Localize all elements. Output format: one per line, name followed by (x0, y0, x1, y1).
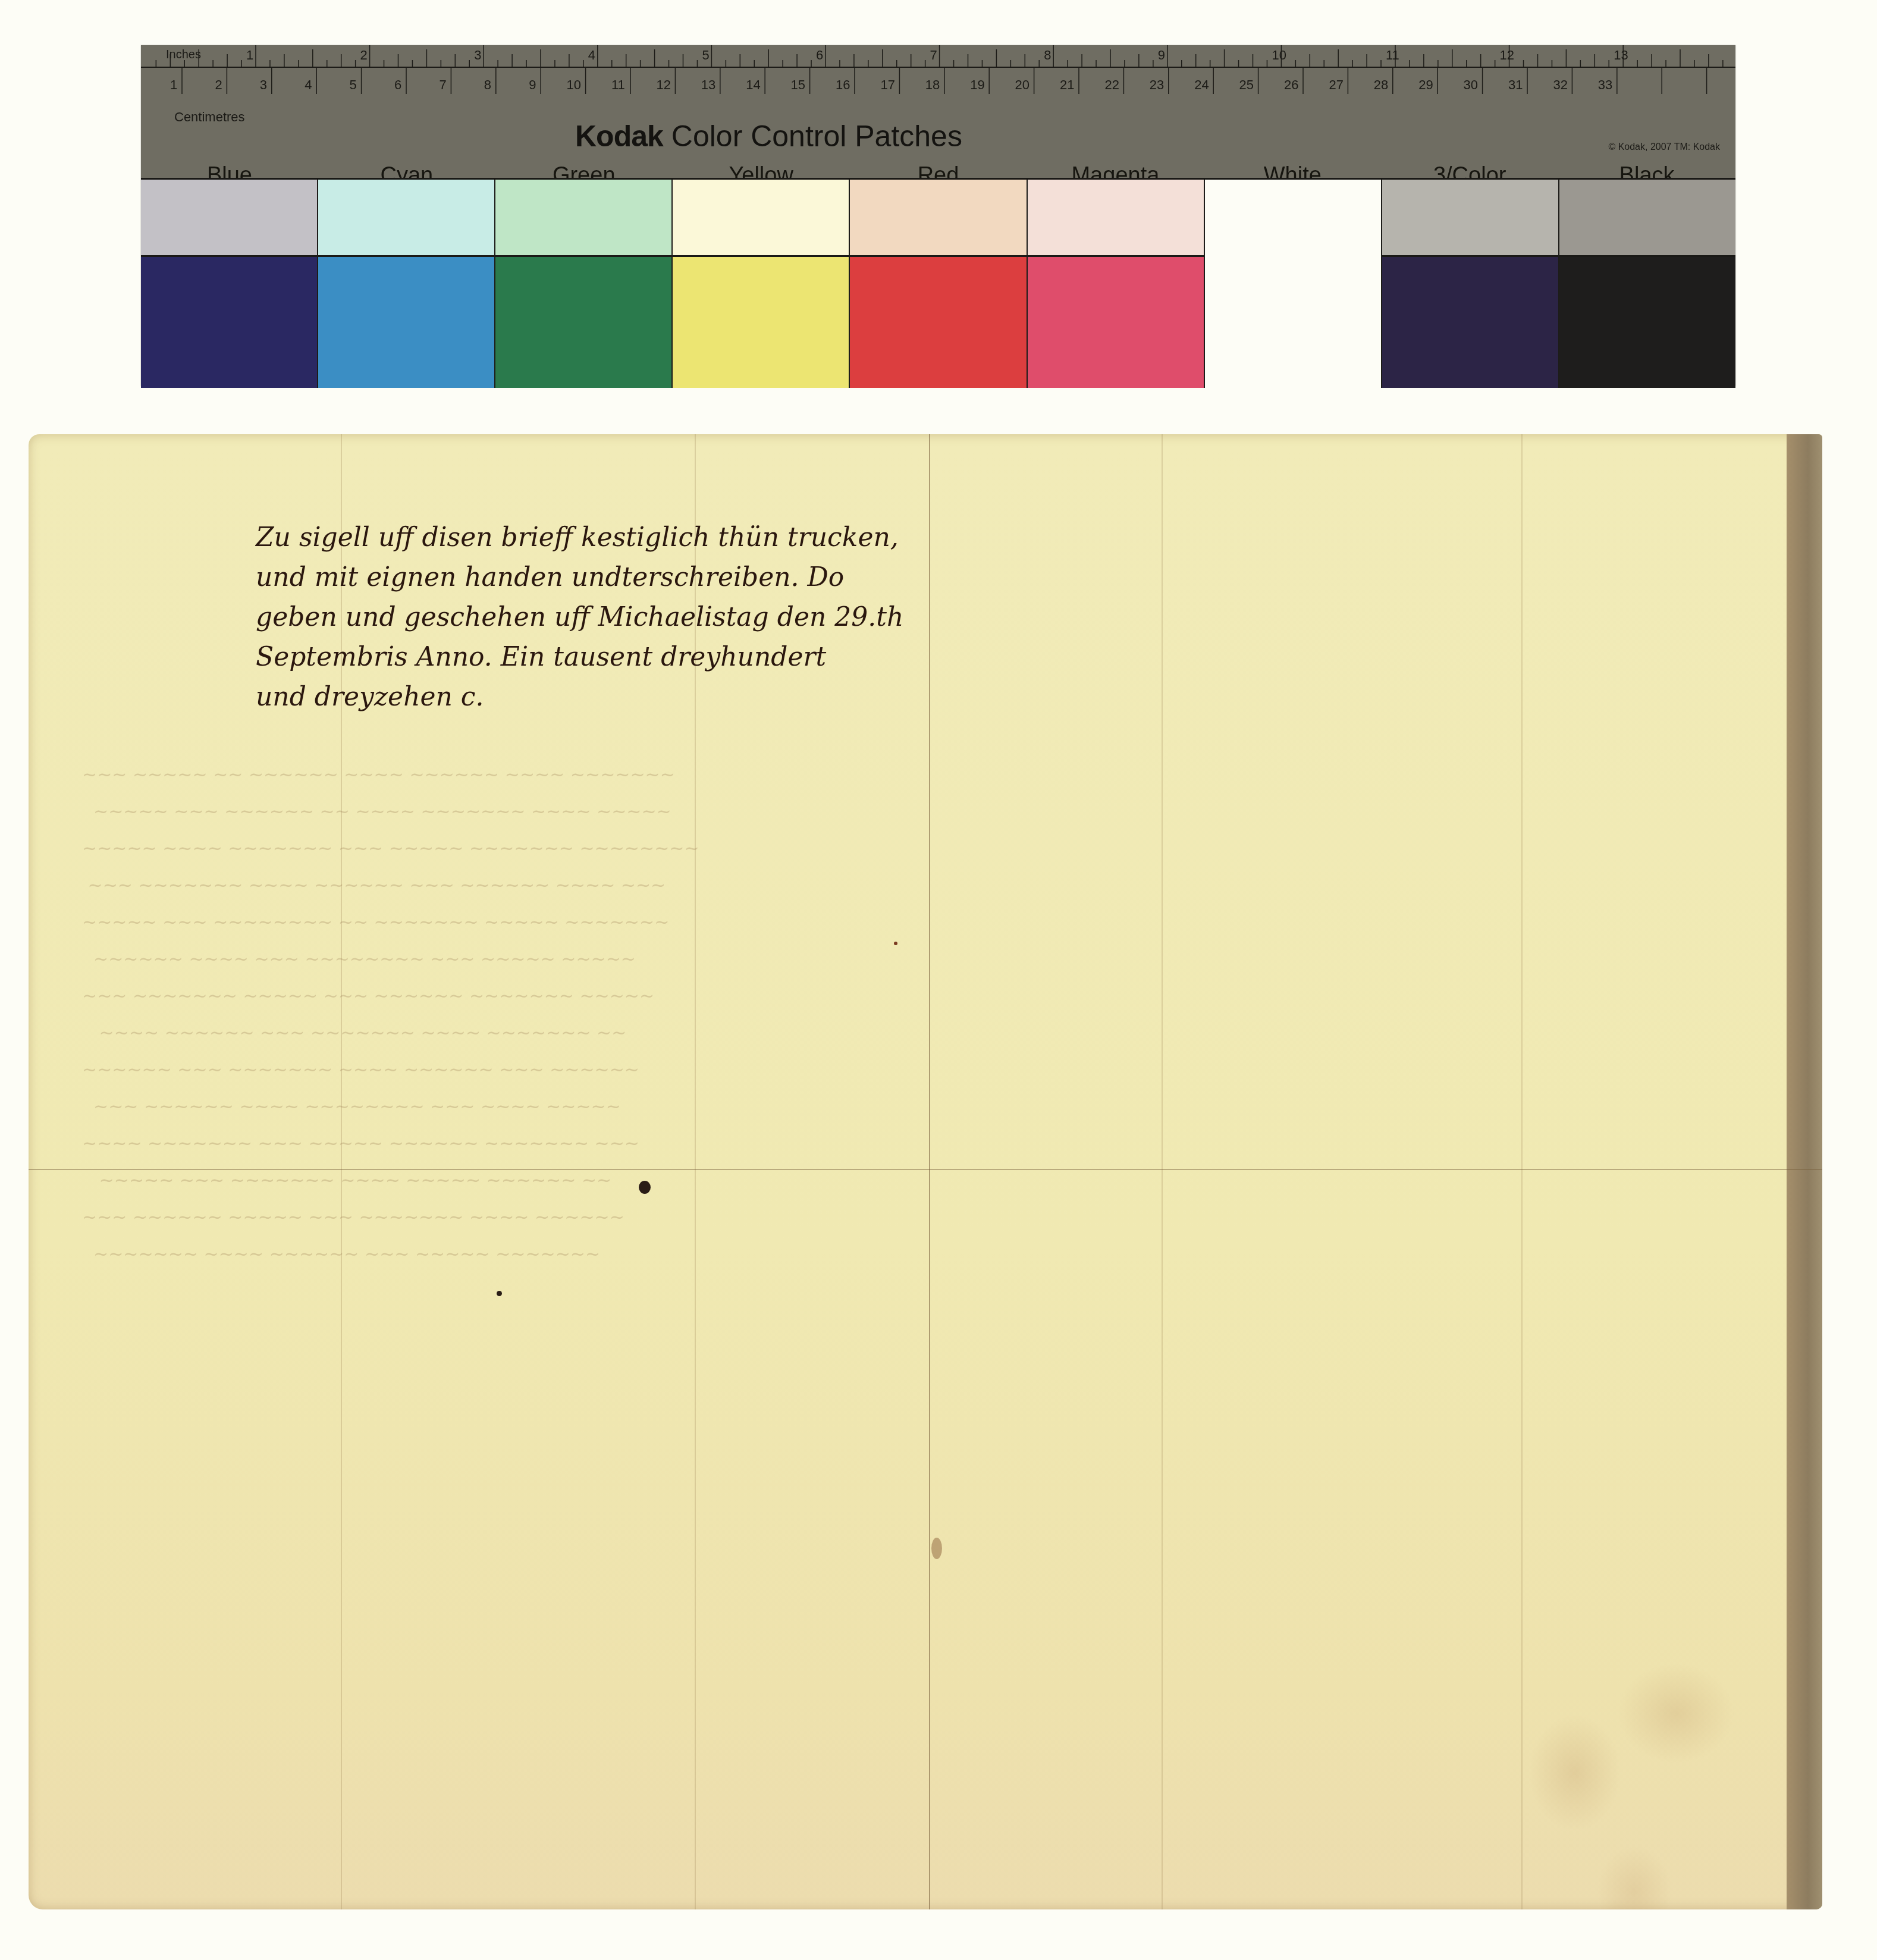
cm-number: 21 (1060, 79, 1074, 92)
patch-yellow-light (673, 180, 849, 257)
cm-number: 23 (1150, 79, 1164, 92)
patch-column-magenta (1028, 180, 1205, 388)
handwriting-line: und dreyzehen c. (256, 677, 903, 717)
patch-blue-dark (141, 257, 317, 388)
ink-spot (497, 1291, 502, 1296)
patch-white-dark (1205, 255, 1381, 388)
patch-column-red (850, 180, 1027, 388)
inch-number: 1 (246, 49, 253, 62)
handwritten-text: Zu sigell uff disen brieff kestiglich th… (256, 518, 903, 717)
kodak-color-target: Inches 12345678910111213 123456789101112… (141, 45, 1735, 386)
target-title: KodakColor Control Patches (575, 119, 962, 153)
cm-number: 30 (1464, 79, 1478, 92)
inch-number: 2 (360, 49, 368, 62)
patch-cyan-dark (318, 257, 494, 388)
handwriting-line: Zu sigell uff disen brieff kestiglich th… (256, 518, 903, 557)
centimetres-label: Centimetres (174, 109, 245, 125)
patch-white-light (1205, 180, 1381, 255)
inch-number: 6 (816, 49, 823, 62)
cm-number: 24 (1194, 79, 1209, 92)
ink-speck (894, 942, 897, 945)
title-text: Color Control Patches (671, 120, 962, 153)
cm-number: 17 (880, 79, 894, 92)
patch-magenta-light (1028, 180, 1204, 257)
inch-number: 5 (702, 49, 709, 62)
cm-number: 22 (1104, 79, 1119, 92)
inch-number: 12 (1500, 49, 1514, 62)
patch-column-cyan (318, 180, 495, 388)
cm-number: 25 (1239, 79, 1254, 92)
patch-red-dark (850, 257, 1026, 388)
cm-number: 4 (305, 79, 312, 92)
cm-number: 9 (529, 79, 536, 92)
cm-number: 7 (439, 79, 446, 92)
inch-number: 13 (1614, 49, 1628, 62)
patch-cyan-light (318, 180, 494, 257)
cm-number: 14 (746, 79, 760, 92)
cm-number: 11 (611, 79, 625, 92)
cm-number: 27 (1329, 79, 1343, 92)
color-patches (141, 178, 1735, 388)
cm-number: 31 (1508, 79, 1523, 92)
inches-label: Inches (166, 49, 201, 61)
copyright-text: © Kodak, 2007 TM: Kodak (1608, 142, 1720, 153)
cm-number: 15 (791, 79, 805, 92)
cm-number: 12 (656, 79, 670, 92)
inch-number: 11 (1386, 49, 1399, 62)
patch-yellow-dark (673, 257, 849, 388)
cm-number: 6 (394, 79, 401, 92)
ink-blot (639, 1181, 651, 1194)
patch-column-green (495, 180, 673, 388)
kodak-logo: Kodak (575, 120, 663, 153)
patch-blue-light (141, 180, 317, 257)
cm-number: 26 (1284, 79, 1298, 92)
ruler: Inches 12345678910111213 123456789101112… (141, 45, 1735, 94)
patch-magenta-dark (1028, 257, 1204, 388)
cm-number: 5 (350, 79, 357, 92)
patch-black-dark (1559, 257, 1735, 388)
patch-column-black (1559, 180, 1735, 388)
inch-number: 10 (1272, 49, 1286, 62)
cm-number: 18 (925, 79, 940, 92)
patch-column-white (1205, 180, 1382, 388)
patch-column-blue (141, 180, 318, 388)
handwriting-line: geben und geschehen uff Michaelistag den… (256, 597, 903, 637)
patch-3color-dark (1382, 257, 1558, 388)
patch-column-3color (1382, 180, 1559, 388)
patch-3color-light (1382, 180, 1558, 257)
cm-number: 3 (260, 79, 267, 92)
cm-number: 32 (1553, 79, 1567, 92)
cm-number: 29 (1418, 79, 1433, 92)
bleed-through-text: ~~~ ~~~~~ ~~ ~~~~~~ ~~~~ ~~~~~~ ~~~~ ~~~… (82, 720, 699, 1273)
cm-number: 19 (970, 79, 984, 92)
cm-number: 8 (484, 79, 491, 92)
inch-number: 7 (930, 49, 937, 62)
handwriting-line: Septembris Anno. Ein tausent dreyhundert (256, 637, 903, 677)
inch-number: 3 (474, 49, 481, 62)
fold-line (1162, 434, 1163, 1909)
inch-number: 9 (1158, 49, 1165, 62)
stain-spot (931, 1538, 942, 1559)
patch-green-light (495, 180, 671, 257)
cm-number: 1 (170, 79, 177, 92)
inch-number: 8 (1044, 49, 1051, 62)
patch-red-light (850, 180, 1026, 257)
handwriting-line: und mit eignen handen undterschreiben. D… (256, 557, 903, 597)
cm-number: 20 (1015, 79, 1029, 92)
cm-number: 10 (567, 79, 581, 92)
patch-green-dark (495, 257, 671, 388)
fold-line (1521, 434, 1523, 1909)
patch-black-light (1559, 180, 1735, 257)
center-fold-line (929, 434, 930, 1909)
paper-edge-strip (1787, 434, 1822, 1909)
cm-number: 33 (1598, 79, 1612, 92)
cm-number: 2 (215, 79, 222, 92)
cm-number: 16 (836, 79, 850, 92)
cm-number: 28 (1374, 79, 1388, 92)
patch-column-yellow (673, 180, 850, 388)
inch-number: 4 (588, 49, 595, 62)
cm-number: 13 (701, 79, 715, 92)
